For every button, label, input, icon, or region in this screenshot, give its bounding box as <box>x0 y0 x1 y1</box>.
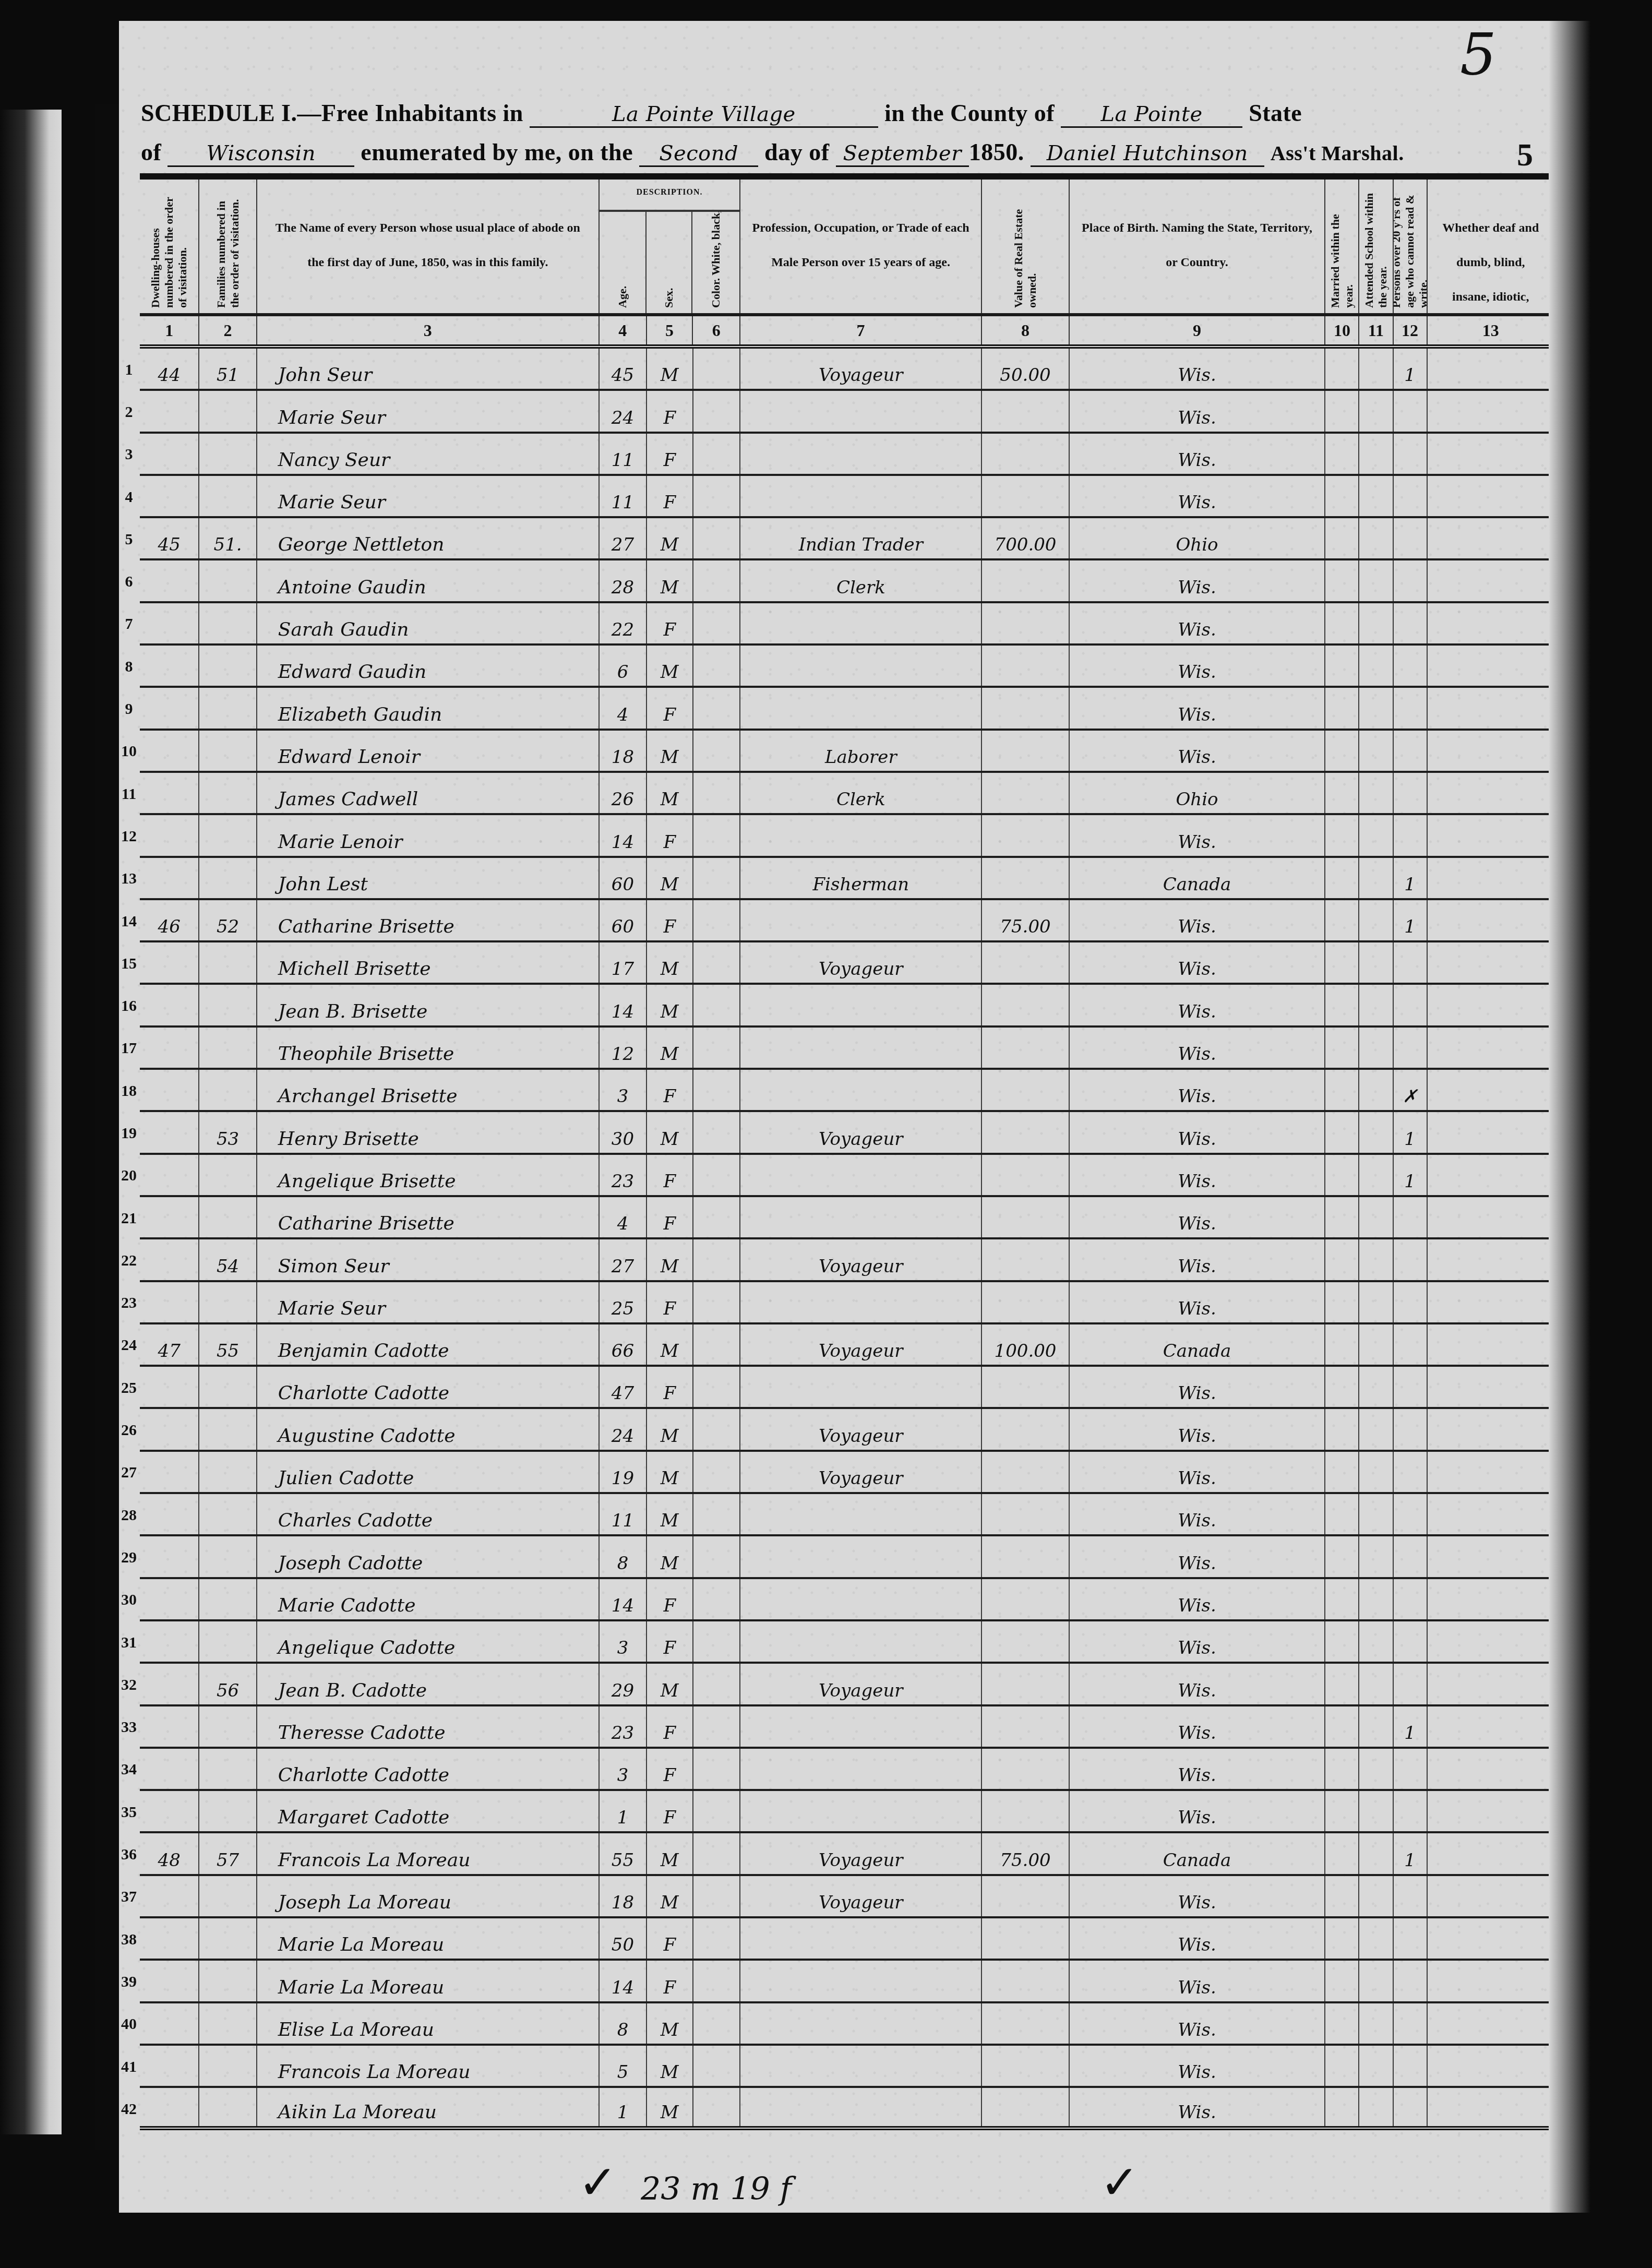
cell-family <box>199 2088 257 2126</box>
cell-real-estate <box>982 985 1070 1025</box>
cell-color <box>693 1155 741 1195</box>
cell-name: Theresse Cadotte <box>257 1706 600 1747</box>
cell-color <box>693 1749 741 1789</box>
line-number-left: 33 <box>121 1706 137 1749</box>
cell-sex: F <box>647 391 693 431</box>
census-row: Marie Cadotte14FWis. <box>140 1579 1554 1621</box>
census-row: Catharine Brisette4FWis. <box>140 1197 1554 1239</box>
cell-condition <box>1428 1197 1554 1237</box>
cell-condition <box>1428 1239 1554 1280</box>
cell-birthplace: Canada <box>1070 858 1325 898</box>
cell-school <box>1359 560 1393 601</box>
cell-age: 23 <box>600 1155 647 1195</box>
year-label: 1850. <box>969 139 1024 165</box>
cell-color <box>693 1918 741 1959</box>
marshal-label: Ass't Marshal. <box>1271 141 1404 165</box>
cell-illiterate <box>1394 391 1428 431</box>
cell-age: 4 <box>600 688 647 728</box>
cell-real-estate <box>982 1621 1070 1662</box>
cell-dwelling <box>140 1494 199 1534</box>
cell-illiterate <box>1394 731 1428 771</box>
cell-dwelling <box>140 434 199 474</box>
column-number: 11 <box>1359 316 1393 344</box>
column-number: 10 <box>1325 316 1359 344</box>
line-number-left: 14 <box>121 900 137 942</box>
census-row: Charles Cadotte11MWis. <box>140 1494 1554 1536</box>
cell-name: Jean B. Cadotte <box>257 1664 600 1704</box>
cell-married <box>1325 476 1359 516</box>
cell-name: Nancy Seur <box>257 434 600 474</box>
cell-age: 14 <box>600 815 647 855</box>
cell-family <box>199 1028 257 1068</box>
cell-age: 3 <box>600 1749 647 1789</box>
cell-occupation <box>740 1494 982 1534</box>
line-number-left: 5 <box>121 518 137 560</box>
cell-illiterate <box>1394 1028 1428 1068</box>
census-row: 4652Catharine Brisette60F75.00Wis.1 <box>140 900 1554 942</box>
cell-school <box>1359 1791 1393 1831</box>
cell-color <box>693 2046 741 2086</box>
cell-sex: F <box>647 603 693 643</box>
place-field: La Pointe Village <box>530 102 878 128</box>
cell-real-estate: 75.00 <box>982 1833 1070 1873</box>
cell-name: Henry Brisette <box>257 1112 600 1152</box>
cell-illiterate <box>1394 476 1428 516</box>
cell-birthplace: Wis. <box>1070 1028 1325 1068</box>
cell-color <box>693 349 741 389</box>
line-number-left: 41 <box>121 2046 137 2088</box>
column-header-label: Whether deaf and dumb, blind, insane, id… <box>1428 180 1554 313</box>
cell-real-estate <box>982 1918 1070 1959</box>
cell-married <box>1325 1282 1359 1322</box>
cell-real-estate <box>982 560 1070 601</box>
cell-sex: M <box>647 1536 693 1577</box>
cell-birthplace: Wis. <box>1070 2046 1325 2086</box>
cell-illiterate <box>1394 1197 1428 1237</box>
census-row: Margaret Cadotte1FWis. <box>140 1791 1554 1833</box>
line-number-left: 40 <box>121 2003 137 2046</box>
cell-dwelling <box>140 1197 199 1237</box>
cell-birthplace: Wis. <box>1070 1197 1325 1237</box>
cell-color <box>693 1282 741 1322</box>
census-row: Charlotte Cadotte3FWis. <box>140 1749 1554 1791</box>
cell-illiterate <box>1394 1918 1428 1959</box>
cell-dwelling <box>140 1367 199 1407</box>
cell-dwelling <box>140 646 199 686</box>
census-row: Angelique Brisette23FWis.1 <box>140 1155 1554 1197</box>
cell-occupation: Voyageur <box>740 1324 982 1365</box>
cell-condition <box>1428 815 1554 855</box>
cell-school <box>1359 1112 1393 1152</box>
census-row: Augustine Cadotte24MVoyageurWis. <box>140 1409 1554 1451</box>
cell-school <box>1359 2088 1393 2126</box>
cell-family <box>199 560 257 601</box>
page-gutter <box>95 104 119 2150</box>
cell-occupation <box>740 900 982 940</box>
cell-family <box>199 1876 257 1916</box>
cell-color <box>693 1239 741 1280</box>
cell-condition <box>1428 900 1554 940</box>
cell-occupation: Voyageur <box>740 1876 982 1916</box>
cell-age: 12 <box>600 1028 647 1068</box>
cell-dwelling <box>140 476 199 516</box>
cell-color <box>693 476 741 516</box>
cell-birthplace: Wis. <box>1070 434 1325 474</box>
cell-condition <box>1428 1409 1554 1449</box>
cell-dwelling <box>140 1961 199 2001</box>
cell-birthplace: Wis. <box>1070 391 1325 431</box>
cell-occupation: Voyageur <box>740 1664 982 1704</box>
page-number: 5 <box>1517 137 1533 174</box>
cell-dwelling <box>140 858 199 898</box>
description-subcolumns: Age.Sex.Color. White, black, or mulatto. <box>600 210 739 313</box>
cell-birthplace: Wis. <box>1070 560 1325 601</box>
line-numbers-left: 1234567891011121314151617181920212223242… <box>121 349 137 2130</box>
line-number-left: 28 <box>121 1494 137 1536</box>
cell-name: Benjamin Cadotte <box>257 1324 600 1365</box>
cell-condition <box>1428 646 1554 686</box>
cell-age: 3 <box>600 1070 647 1110</box>
cell-occupation: Voyageur <box>740 1452 982 1492</box>
cell-condition <box>1428 1749 1554 1789</box>
cell-illiterate <box>1394 1536 1428 1577</box>
cell-condition <box>1428 2046 1554 2086</box>
cell-condition <box>1428 1028 1554 1068</box>
cell-age: 66 <box>600 1324 647 1365</box>
census-row: Antoine Gaudin28MClerkWis. <box>140 560 1554 603</box>
cell-condition <box>1428 858 1554 898</box>
cell-dwelling <box>140 1664 199 1704</box>
cell-birthplace: Canada <box>1070 1833 1325 1873</box>
header-rule <box>140 173 1554 180</box>
cell-condition <box>1428 773 1554 813</box>
cell-school <box>1359 1197 1393 1237</box>
cell-family <box>199 942 257 983</box>
cell-family: 53 <box>199 1112 257 1152</box>
cell-condition <box>1428 1664 1554 1704</box>
cell-age: 14 <box>600 1961 647 2001</box>
cell-color <box>693 1791 741 1831</box>
column-header-8: Value of Real Estate owned. <box>982 180 1070 313</box>
cell-occupation: Voyageur <box>740 942 982 983</box>
cell-name: Charles Cadotte <box>257 1494 600 1534</box>
cell-sex: M <box>647 646 693 686</box>
census-row: Elizabeth Gaudin4FWis. <box>140 688 1554 730</box>
cell-color <box>693 646 741 686</box>
cell-married <box>1325 2088 1359 2126</box>
cell-birthplace: Wis. <box>1070 942 1325 983</box>
cell-real-estate <box>982 646 1070 686</box>
cell-name: Augustine Cadotte <box>257 1409 600 1449</box>
cell-sex: M <box>647 1664 693 1704</box>
census-row: Joseph Cadotte8MWis. <box>140 1536 1554 1579</box>
cell-real-estate <box>982 858 1070 898</box>
cell-birthplace: Wis. <box>1070 1494 1325 1534</box>
column-header-label: Attended School within the year. <box>1362 188 1390 308</box>
cell-family <box>199 688 257 728</box>
cell-school <box>1359 1452 1393 1492</box>
cell-sex: F <box>647 1282 693 1322</box>
cell-school <box>1359 1070 1393 1110</box>
cell-dwelling: 46 <box>140 900 199 940</box>
cell-school <box>1359 349 1393 389</box>
cell-occupation: Indian Trader <box>740 518 982 558</box>
cell-illiterate <box>1394 1621 1428 1662</box>
line-number-left: 4 <box>121 476 137 518</box>
cell-condition <box>1428 391 1554 431</box>
cell-name: Antoine Gaudin <box>257 560 600 601</box>
column-header-9: Place of Birth. Naming the State, Territ… <box>1070 180 1326 313</box>
cell-family <box>199 2046 257 2086</box>
cell-real-estate <box>982 1070 1070 1110</box>
cell-family <box>199 1621 257 1662</box>
cell-dwelling <box>140 1239 199 1280</box>
cell-birthplace: Wis. <box>1070 688 1325 728</box>
cell-condition <box>1428 518 1554 558</box>
cell-name: Marie Seur <box>257 476 600 516</box>
column-number: 5 <box>647 316 693 344</box>
census-row: Michell Brisette17MVoyageurWis. <box>140 942 1554 985</box>
cell-age: 6 <box>600 646 647 686</box>
cell-name: Elizabeth Gaudin <box>257 688 600 728</box>
cell-birthplace: Wis. <box>1070 1961 1325 2001</box>
cell-sex: M <box>647 2088 693 2126</box>
cell-married <box>1325 603 1359 643</box>
cell-occupation: Voyageur <box>740 349 982 389</box>
cell-age: 5 <box>600 2046 647 2086</box>
cell-age: 14 <box>600 1579 647 1619</box>
cell-school <box>1359 518 1393 558</box>
cell-age: 47 <box>600 1367 647 1407</box>
of-label: of <box>141 139 161 165</box>
column-header-label: Families numbered in the order of visita… <box>214 188 242 308</box>
cell-sex: F <box>647 476 693 516</box>
state-label: State <box>1249 100 1302 126</box>
column-numbers: 12345678910111213 <box>140 316 1554 349</box>
census-row: Marie La Moreau50FWis. <box>140 1918 1554 1961</box>
cell-birthplace: Wis. <box>1070 1706 1325 1747</box>
cell-illiterate <box>1394 1494 1428 1534</box>
cell-condition <box>1428 1706 1554 1747</box>
cell-sex: M <box>647 1409 693 1449</box>
cell-real-estate <box>982 731 1070 771</box>
cell-condition <box>1428 1918 1554 1959</box>
cell-dwelling: 45 <box>140 518 199 558</box>
cell-real-estate <box>982 1791 1070 1831</box>
column-number: 1 <box>140 316 199 344</box>
marshal-field: Daniel Hutchinson <box>1031 141 1264 167</box>
cell-sex: F <box>647 434 693 474</box>
cell-birthplace: Wis. <box>1070 2088 1325 2126</box>
cell-condition <box>1428 1367 1554 1407</box>
cell-color <box>693 2003 741 2044</box>
cell-illiterate <box>1394 603 1428 643</box>
census-row: Archangel Brisette3FWis.✗ <box>140 1070 1554 1112</box>
line-number-left: 20 <box>121 1155 137 1197</box>
cell-age: 18 <box>600 731 647 771</box>
census-row: James Cadwell26MClerkOhio <box>140 773 1554 815</box>
cell-name: Sarah Gaudin <box>257 603 600 643</box>
cell-family <box>199 476 257 516</box>
cell-illiterate <box>1394 2046 1428 2086</box>
census-row: Marie Seur24FWis. <box>140 391 1554 433</box>
cell-real-estate <box>982 603 1070 643</box>
cell-age: 30 <box>600 1112 647 1152</box>
cell-sex: F <box>647 1197 693 1237</box>
cell-occupation <box>740 1536 982 1577</box>
cell-married <box>1325 1367 1359 1407</box>
cell-dwelling <box>140 688 199 728</box>
cell-married <box>1325 391 1359 431</box>
cell-color <box>693 900 741 940</box>
cell-married <box>1325 560 1359 601</box>
line-number-left: 2 <box>121 391 137 433</box>
cell-age: 60 <box>600 858 647 898</box>
census-row: Marie Seur11FWis. <box>140 476 1554 518</box>
census-row: Julien Cadotte19MVoyageurWis. <box>140 1452 1554 1494</box>
cell-illiterate <box>1394 1324 1428 1365</box>
cell-dwelling <box>140 1749 199 1789</box>
cell-illiterate <box>1394 434 1428 474</box>
line-number-left: 9 <box>121 688 137 730</box>
cell-name: John Seur <box>257 349 600 389</box>
cell-sex: M <box>647 1452 693 1492</box>
cell-family <box>199 858 257 898</box>
cell-family <box>199 1579 257 1619</box>
cell-age: 3 <box>600 1621 647 1662</box>
cell-real-estate <box>982 1961 1070 2001</box>
enumerated-label: enumerated by me, on the <box>361 139 633 165</box>
cell-real-estate <box>982 1112 1070 1152</box>
cell-illiterate: 1 <box>1394 1155 1428 1195</box>
cell-occupation <box>740 1282 982 1322</box>
cell-school <box>1359 603 1393 643</box>
line-number-left: 34 <box>121 1749 137 1791</box>
cell-married <box>1325 1112 1359 1152</box>
cell-real-estate <box>982 434 1070 474</box>
cell-birthplace: Wis. <box>1070 731 1325 771</box>
cell-birthplace: Wis. <box>1070 1918 1325 1959</box>
cell-real-estate <box>982 2046 1070 2086</box>
cell-real-estate <box>982 1367 1070 1407</box>
cell-real-estate <box>982 1494 1070 1534</box>
cell-condition <box>1428 731 1554 771</box>
cell-dwelling <box>140 942 199 983</box>
cell-married <box>1325 1749 1359 1789</box>
title-line-1: SCHEDULE I.—Free Inhabitants in La Point… <box>141 99 1302 128</box>
cell-sex: F <box>647 1749 693 1789</box>
column-header-13: Whether deaf and dumb, blind, insane, id… <box>1428 180 1554 313</box>
cell-color <box>693 1028 741 1068</box>
cell-occupation: Laborer <box>740 731 982 771</box>
line-number-left: 32 <box>121 1664 137 1706</box>
cell-name: Margaret Cadotte <box>257 1791 600 1831</box>
census-row: Angelique Cadotte3FWis. <box>140 1621 1554 1664</box>
cell-family <box>199 1155 257 1195</box>
cell-name: Angelique Brisette <box>257 1155 600 1195</box>
cell-school <box>1359 731 1393 771</box>
column-header-4: Age. <box>600 212 647 313</box>
cell-illiterate <box>1394 1961 1428 2001</box>
cell-family <box>199 773 257 813</box>
cell-color <box>693 1621 741 1662</box>
cell-real-estate <box>982 1749 1070 1789</box>
cell-family: 51 <box>199 349 257 389</box>
cell-condition <box>1428 2003 1554 2044</box>
cell-dwelling <box>140 815 199 855</box>
cell-family <box>199 1282 257 1322</box>
cell-age: 45 <box>600 349 647 389</box>
cell-family: 54 <box>199 1239 257 1280</box>
cell-condition <box>1428 1112 1554 1152</box>
column-header-3: The Name of every Person whose usual pla… <box>257 180 600 313</box>
cell-real-estate <box>982 1028 1070 1068</box>
cell-married <box>1325 1452 1359 1492</box>
cell-dwelling <box>140 1155 199 1195</box>
cell-sex: M <box>647 349 693 389</box>
schedule-title: SCHEDULE I.—Free Inhabitants in <box>141 100 523 126</box>
cell-color <box>693 434 741 474</box>
cell-family <box>199 603 257 643</box>
cell-illiterate: ✗ <box>1394 1070 1428 1110</box>
cell-occupation <box>740 434 982 474</box>
census-row: 56Jean B. Cadotte29MVoyageurWis. <box>140 1664 1554 1706</box>
cell-name: Catharine Brisette <box>257 900 600 940</box>
cell-birthplace: Wis. <box>1070 1876 1325 1916</box>
column-number: 7 <box>740 316 982 344</box>
cell-age: 27 <box>600 1239 647 1280</box>
cell-occupation <box>740 1791 982 1831</box>
cell-real-estate <box>982 1579 1070 1619</box>
cell-married <box>1325 434 1359 474</box>
line-number-left: 21 <box>121 1197 137 1239</box>
cell-dwelling <box>140 2003 199 2044</box>
line-number-left: 35 <box>121 1791 137 1833</box>
census-row: 4857Francois La Moreau55MVoyageur75.00Ca… <box>140 1833 1554 1876</box>
column-header-12: Persons over 20 y'rs of age who cannot r… <box>1394 180 1428 313</box>
cell-occupation: Clerk <box>740 560 982 601</box>
cell-real-estate <box>982 1409 1070 1449</box>
cell-name: Joseph La Moreau <box>257 1876 600 1916</box>
cell-color <box>693 1706 741 1747</box>
cell-school <box>1359 1833 1393 1873</box>
cell-dwelling: 48 <box>140 1833 199 1873</box>
cell-school <box>1359 476 1393 516</box>
census-row: Charlotte Cadotte47FWis. <box>140 1367 1554 1409</box>
cell-real-estate: 75.00 <box>982 900 1070 940</box>
cell-family <box>199 985 257 1025</box>
cell-sex: M <box>647 773 693 813</box>
checkmark-icon: ✓ <box>578 2155 617 2210</box>
cell-sex: M <box>647 1494 693 1534</box>
state-field: Wisconsin <box>167 141 354 167</box>
cell-married <box>1325 518 1359 558</box>
cell-condition <box>1428 349 1554 389</box>
cell-name: Marie La Moreau <box>257 1918 600 1959</box>
cell-occupation: Voyageur <box>740 1239 982 1280</box>
cell-condition <box>1428 1536 1554 1577</box>
cell-birthplace: Wis. <box>1070 1749 1325 1789</box>
cell-illiterate: 1 <box>1394 858 1428 898</box>
cell-occupation: Fisherman <box>740 858 982 898</box>
line-number-left: 1 <box>121 349 137 391</box>
cell-illiterate: 1 <box>1394 1112 1428 1152</box>
cell-age: 8 <box>600 1536 647 1577</box>
cell-birthplace: Wis. <box>1070 815 1325 855</box>
cell-occupation <box>740 1918 982 1959</box>
census-row: 53Henry Brisette30MVoyageurWis.1 <box>140 1112 1554 1154</box>
cell-name: Theophile Brisette <box>257 1028 600 1068</box>
